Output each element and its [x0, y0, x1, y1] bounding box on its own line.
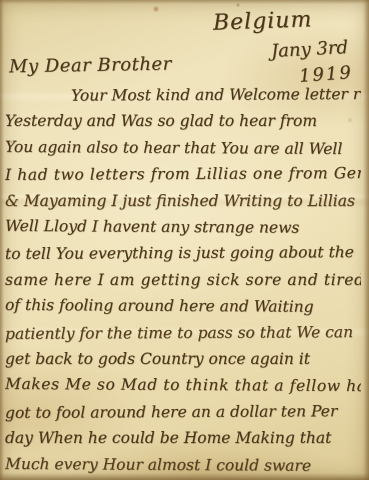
letter-line: Yesterday and Was so glad to hear from [5, 108, 361, 134]
letter-line: Much every Hour almost I could sware [5, 451, 361, 480]
letter-line: same here I am getting sick sore and tir… [5, 267, 361, 293]
letter-body: Your Most kind and Welcome letter recdYe… [5, 82, 361, 478]
letter-line: & Mayaming I just finished Writing to Li… [5, 188, 361, 214]
letter-line: day When he could be Home Making that [5, 425, 361, 451]
paper-edge-left [0, 0, 4, 480]
paper-edge-top [0, 0, 369, 4]
letter-line: Makes Me so Mad to think that a fellow h… [5, 371, 361, 400]
letter-line: of this fooling around here and Waiting [5, 292, 361, 321]
letter-date-day: Jany 3rd [271, 37, 349, 62]
letter-line: to tell You everything is just going abo… [5, 240, 361, 268]
letter-line: You again also to hear that You are all … [5, 134, 361, 163]
letter-location: Belgium [213, 7, 313, 35]
letter-line: I had two letters from Lillias one from … [5, 160, 361, 188]
letter-line: patiently for the time to pass so that W… [5, 319, 361, 347]
letter-line: Your Most kind and Welcome letter recd [5, 81, 361, 109]
letter-line: got to fool around here an a dollar ten … [5, 398, 361, 426]
letter-line: Well Lloyd I havent any strange news [5, 213, 361, 242]
letter-page: Belgium Jany 3rd 1919 My Dear Brother Yo… [0, 0, 369, 480]
paper-edge-right [363, 0, 369, 480]
letter-line: get back to gods Country once again it [5, 346, 361, 372]
letter-salutation: My Dear Brother [9, 54, 172, 78]
